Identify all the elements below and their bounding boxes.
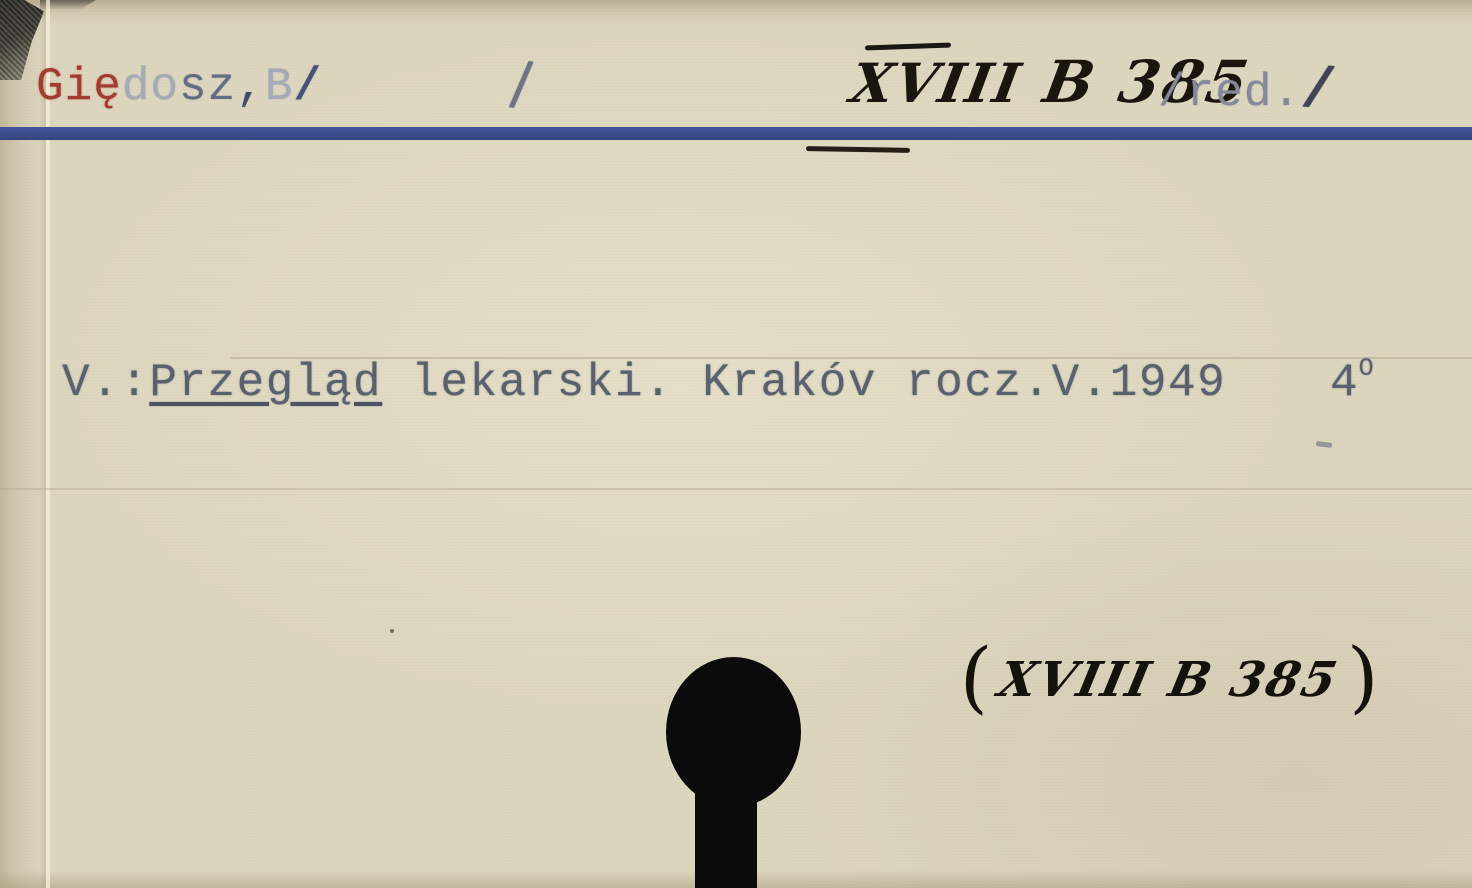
author-slash: / [293, 61, 322, 113]
catalog-card-scan: Giędosz,B/ / XVIII B 385 /red./ V.:Przeg… [0, 0, 1472, 888]
title-rest: lekarski. Krakóv rocz.V.1949 [382, 357, 1226, 409]
author-initial: B [265, 61, 294, 113]
author-heading: Giędosz,B/ [36, 60, 322, 170]
call-number-annotation: ( XVIII B 385 ) [960, 638, 1379, 716]
format-superscript: O [1359, 354, 1374, 383]
annotation-open-paren: ( [957, 637, 993, 717]
author-seg-red: Gię [36, 61, 122, 113]
paper-speck [390, 629, 394, 633]
blue-rule-line [0, 127, 1472, 140]
title-journal-name: Przegląd [149, 357, 382, 409]
pencil-slash-mark: / [507, 51, 534, 119]
format-designation: 4O [1330, 352, 1373, 414]
call-number-underline [806, 146, 910, 153]
author-comma: , [236, 61, 265, 113]
author-seg-dark: sz [179, 61, 236, 113]
title-line: V.:Przegląd lekarski. Krakóv rocz.V.1949 [62, 352, 1226, 476]
editor-note-text: /red. [1158, 67, 1301, 119]
title-prefix: V.: [62, 357, 149, 409]
author-seg-faded: do [122, 61, 179, 113]
punch-hole-slot [695, 782, 757, 888]
faint-rule-line [0, 488, 1472, 490]
editor-note: /red./ [1158, 56, 1337, 181]
annotation-close-paren: ) [1347, 637, 1380, 716]
call-number-roman: XVIII [846, 51, 1027, 115]
pen-slash-mark: / [1299, 57, 1340, 129]
format-digit: 4 [1330, 357, 1358, 409]
annotation-call-number: XVIII B 385 [994, 646, 1345, 708]
stray-pen-dash [1316, 441, 1332, 448]
